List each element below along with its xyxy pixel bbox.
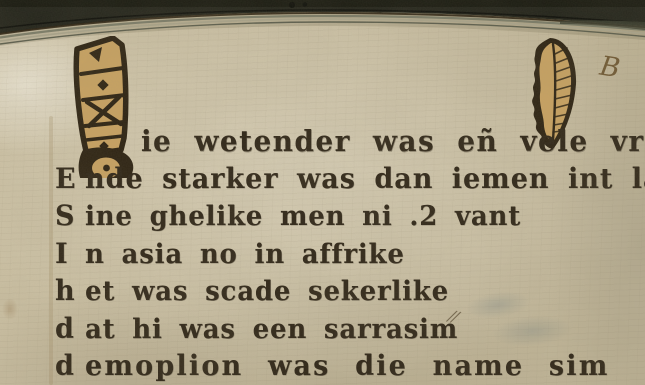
margin-stain xyxy=(2,298,18,320)
line-text: ie wetender was eñ vele vroet xyxy=(141,124,645,159)
manuscript-line: d at hi was een sarrasim xyxy=(55,312,645,351)
manuscript-line: I n asia no in affrike xyxy=(55,237,645,276)
manuscript-line: d emoplion was die name sim xyxy=(55,349,645,385)
line-text: at hi was een sarrasim xyxy=(85,312,458,347)
line-initial: S xyxy=(55,199,85,234)
manuscript-page: D xyxy=(0,0,645,385)
line-initial: d xyxy=(55,312,85,347)
line-text: nde starker was dan iemen int lant xyxy=(85,162,645,197)
ruling-line xyxy=(49,116,53,385)
verse-text-block: ie wetender was eñ vele vroet E nde star… xyxy=(55,124,645,385)
manuscript-line: E nde starker was dan iemen int lant xyxy=(55,162,645,201)
manuscript-line: ie wetender was eñ vele vroet xyxy=(55,124,645,163)
line-text: emoplion was die name sim xyxy=(85,349,610,384)
line-initial: I xyxy=(55,237,85,272)
line-text: ine ghelike men ni .2 vant xyxy=(85,199,521,234)
manuscript-line: S ine ghelike men ni .2 vant xyxy=(55,199,645,238)
line-initial: E xyxy=(55,162,85,197)
manuscript-line: h et was scade sekerlike xyxy=(55,274,645,313)
line-text: n asia no in affrike xyxy=(85,237,405,272)
line-text: et was scade sekerlike xyxy=(85,274,449,309)
line-initial: d xyxy=(55,349,85,384)
quire-letter: B xyxy=(598,51,622,85)
line-initial: h xyxy=(55,274,85,309)
